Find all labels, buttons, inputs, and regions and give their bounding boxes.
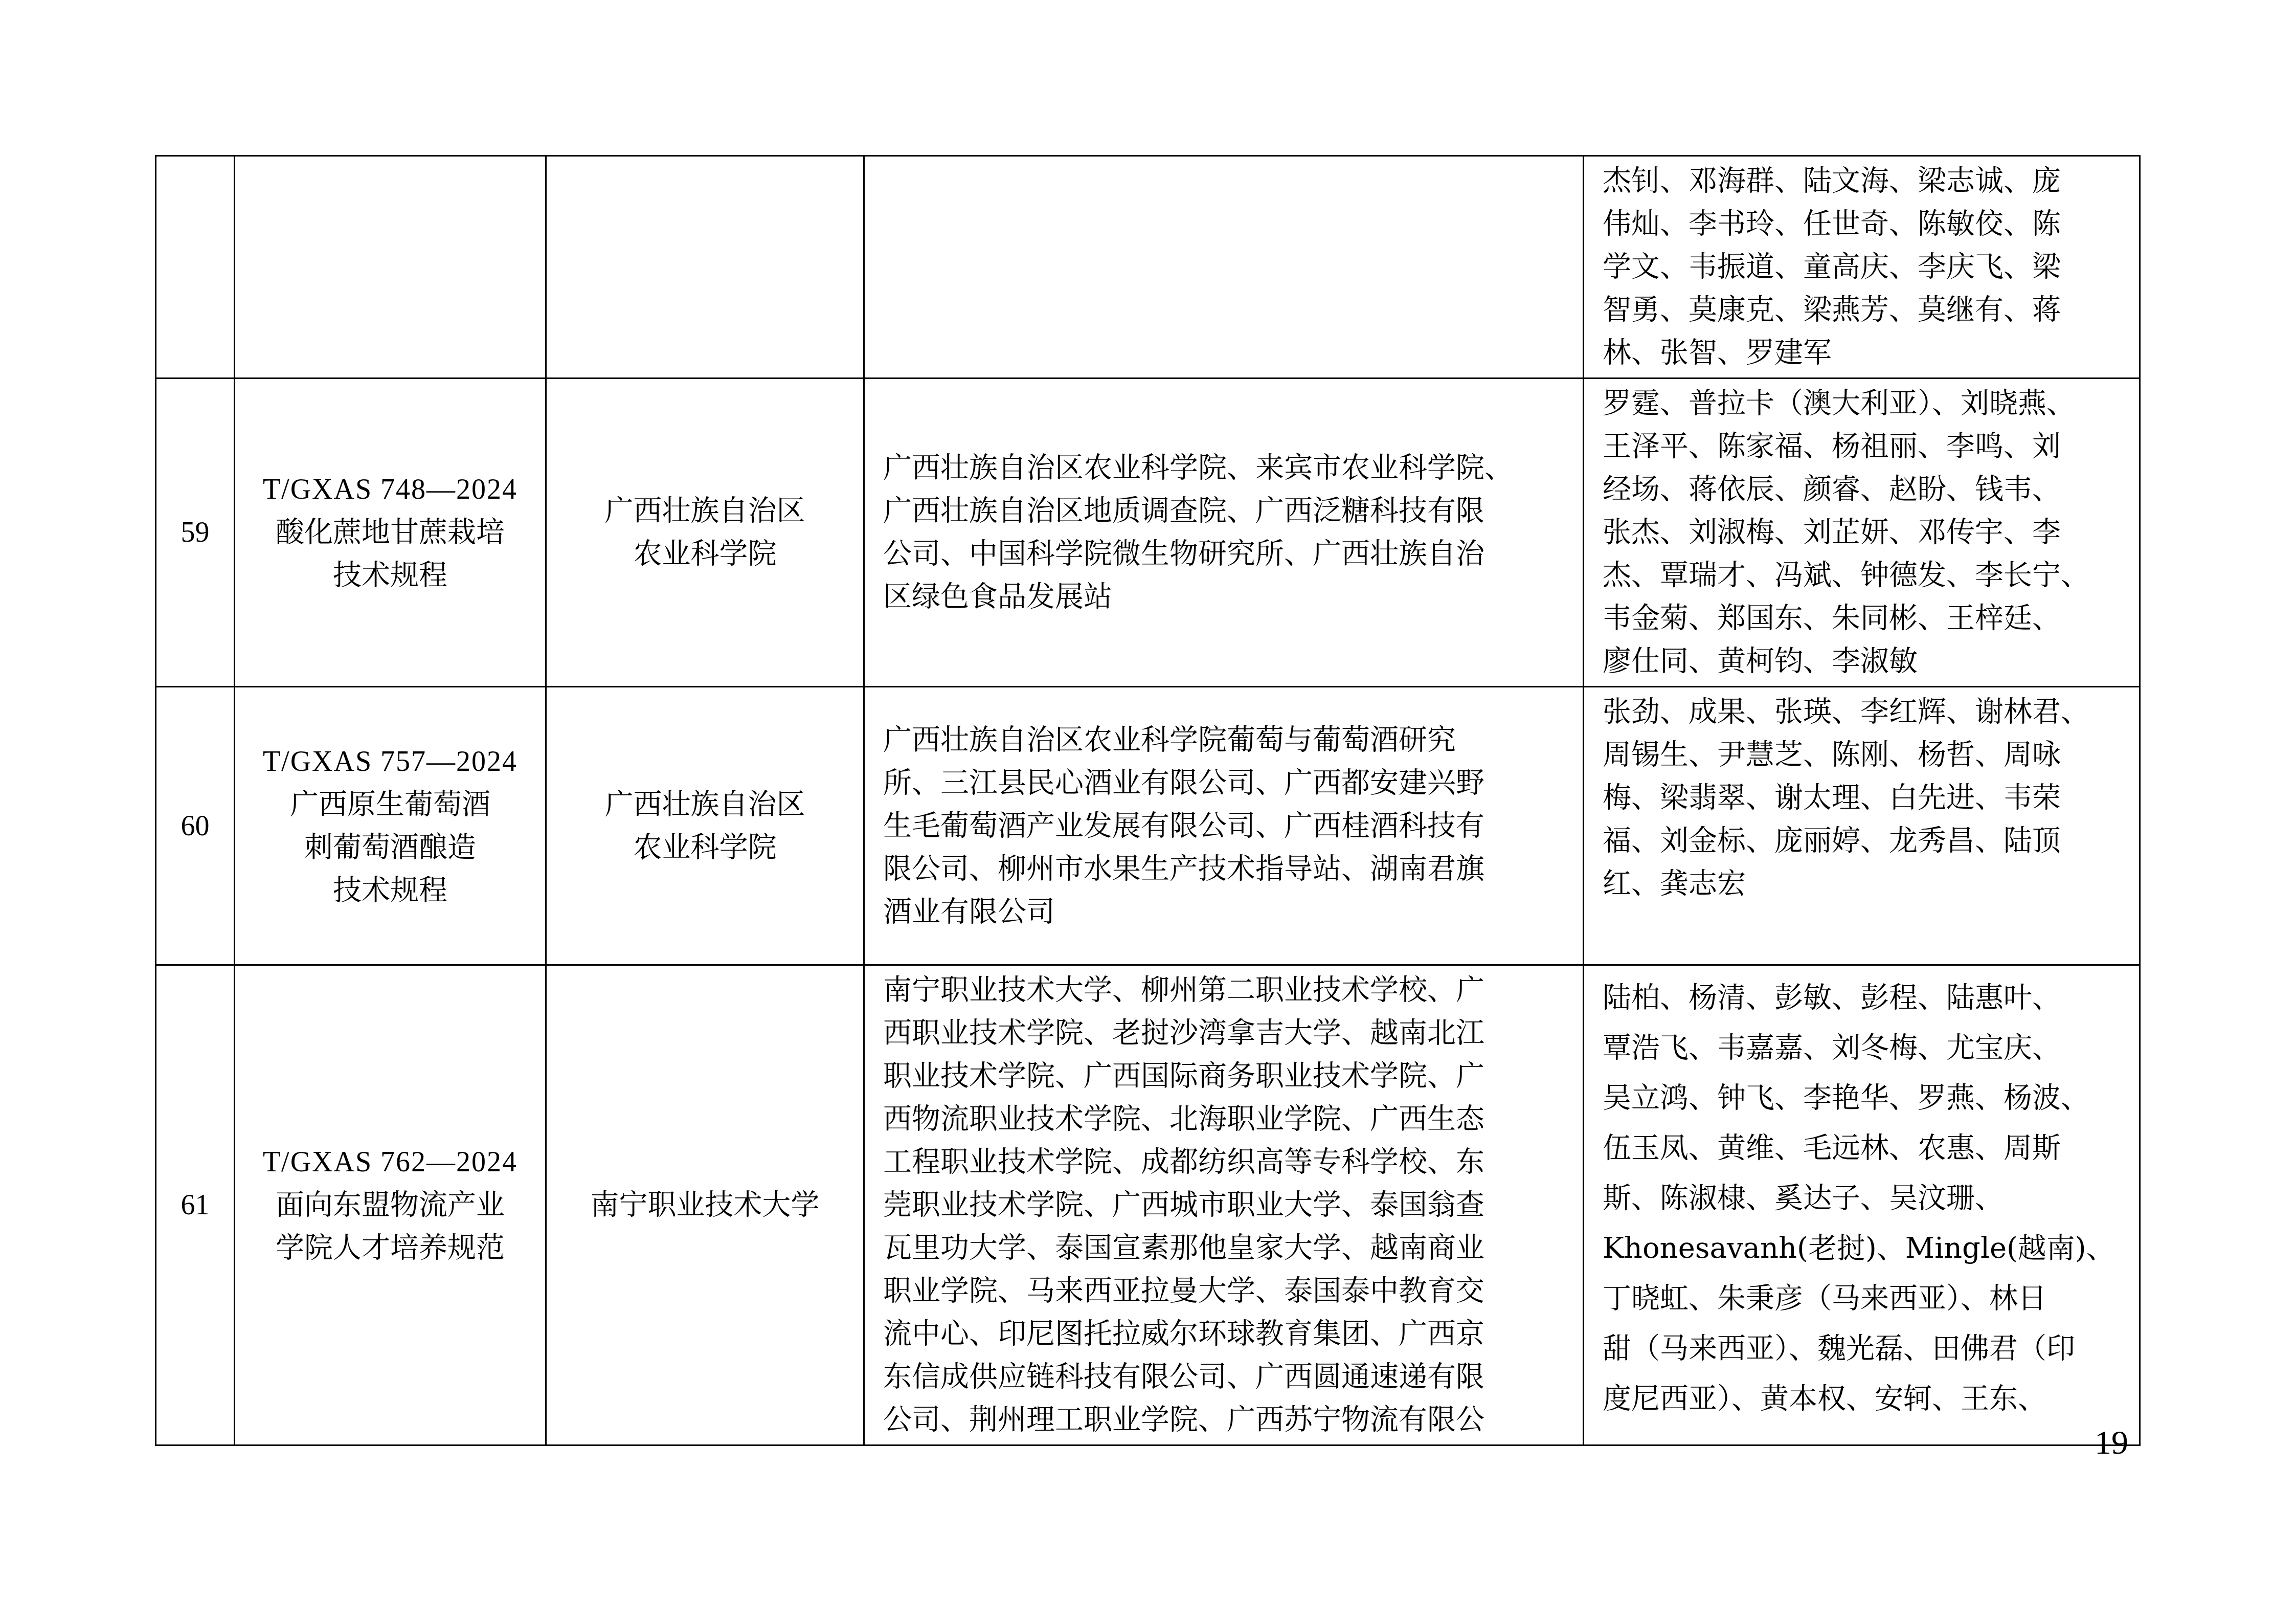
drafters-line: 林、张智、罗建军 [1603, 331, 2124, 374]
drafters-line: 张劲、成果、张瑛、李红辉、谢林君、 [1603, 691, 2124, 733]
lead-unit-line: 农业科学院 [562, 826, 848, 869]
drafters-line: 张杰、刘淑梅、刘芷妍、邓传宇、李 [1603, 511, 2124, 554]
drafters-cell: 张劲、成果、张瑛、李红辉、谢林君、 周锡生、尹慧芝、陈刚、杨哲、周咏 梅、梁翡翠… [1584, 687, 2140, 965]
page-number: 19 [2087, 1426, 2128, 1460]
drafters-line: 吴立鸿、钟飞、李艳华、罗燕、杨波、 [1603, 1073, 2124, 1123]
lead-unit-line: 广西壮族自治区 [562, 783, 848, 826]
table-row-continuation: 杰钊、邓海群、陆文海、梁志诚、庞 伟灿、李书玲、任世奇、陈敏佼、陈 学文、韦振道… [156, 156, 2140, 379]
drafters-line: 韦金菊、郑国东、朱同彬、王梓廷、 [1603, 597, 2124, 640]
standard-name-line: 学院人才培养规范 [245, 1227, 535, 1270]
participating-units-line: 所、三江县民心酒业有限公司、广西都安建兴野 [883, 762, 1567, 805]
drafters-line: 斯、陈淑棣、奚达子、吴汶珊、 [1603, 1173, 2124, 1223]
drafters-line: 罗霆、普拉卡（澳大利亚）、刘晓燕、 [1603, 382, 2124, 425]
drafters-line: 智勇、莫康克、梁燕芳、莫继有、蒋 [1603, 288, 2124, 331]
table-row-61: 61 T/GXAS 762—2024 面向东盟物流产业 学院人才培养规范 南宁职… [156, 965, 2140, 1445]
standard-code: T/GXAS 757—2024 [245, 740, 535, 783]
participating-units-line: 西职业技术学院、老挝沙湾拿吉大学、越南北江 [883, 1012, 1567, 1055]
participating-units-line: 南宁职业技术大学、柳州第二职业技术学校、广 [883, 969, 1567, 1012]
drafters-line: 廖仕同、黄柯钧、李淑敏 [1603, 640, 2124, 683]
drafters-line: 伍玉凤、黄维、毛远林、农惠、周斯 [1603, 1123, 2124, 1173]
row-number-cell: 59 [156, 379, 235, 687]
drafters-line: 经场、蒋依辰、颜睿、赵盼、钱韦、 [1603, 468, 2124, 511]
drafters-line: 丁晓虹、朱秉彦（马来西亚）、林日 [1603, 1274, 2124, 1324]
table-row-60: 60 T/GXAS 757—2024 广西原生葡萄酒 刺葡萄酒酿造 技术规程 广… [156, 687, 2140, 965]
lead-unit-cell: 广西壮族自治区 农业科学院 [546, 379, 864, 687]
standard-name-line: 酸化蔗地甘蔗栽培 [245, 511, 535, 554]
participating-units-line: 莞职业技术学院、广西城市职业大学、泰国翁查 [883, 1184, 1567, 1227]
standard-cell: T/GXAS 748—2024 酸化蔗地甘蔗栽培 技术规程 [235, 379, 546, 687]
standard-name-line: 刺葡萄酒酿造 [245, 826, 535, 869]
table-row-59: 59 T/GXAS 748—2024 酸化蔗地甘蔗栽培 技术规程 广西壮族自治区… [156, 379, 2140, 687]
participating-units-cell: 广西壮族自治区农业科学院、来宾市农业科学院、 广西壮族自治区地质调查院、广西泛糖… [864, 379, 1584, 687]
drafters-line: 甜（马来西亚）、魏光磊、田佛君（印 [1603, 1324, 2124, 1374]
lead-unit-cell: 广西壮族自治区 农业科学院 [546, 687, 864, 965]
drafters-cell: 罗霆、普拉卡（澳大利亚）、刘晓燕、 王泽平、陈家福、杨祖丽、李鸣、刘 经场、蒋依… [1584, 379, 2140, 687]
standard-cell: T/GXAS 757—2024 广西原生葡萄酒 刺葡萄酒酿造 技术规程 [235, 687, 546, 965]
standard-name-line: 面向东盟物流产业 [245, 1184, 535, 1227]
standard-code: T/GXAS 762—2024 [245, 1141, 535, 1184]
participating-units-line: 工程职业技术学院、成都纺织高等专科学校、东 [883, 1141, 1567, 1184]
drafters-cell: 杰钊、邓海群、陆文海、梁志诚、庞 伟灿、李书玲、任世奇、陈敏佼、陈 学文、韦振道… [1584, 156, 2140, 379]
drafters-line: 学文、韦振道、童高庆、李庆飞、梁 [1603, 246, 2124, 288]
drafters-line: 梅、梁翡翠、谢太理、白先进、韦荣 [1603, 776, 2124, 819]
drafters-line: 度尼西亚）、黄本权、安轲、王东、 [1603, 1374, 2124, 1424]
lead-unit-cell: 南宁职业技术大学 [546, 965, 864, 1445]
participating-units-cell [864, 156, 1584, 379]
lead-unit-line: 广西壮族自治区 [562, 490, 848, 532]
participating-units-line: 西物流职业技术学院、北海职业学院、广西生态 [883, 1098, 1567, 1141]
participating-units-line: 酒业有限公司 [883, 891, 1567, 933]
drafters-line: Khonesavanh(老挝)、Mingle(越南)、 [1603, 1223, 2124, 1274]
document-page: 杰钊、邓海群、陆文海、梁志诚、庞 伟灿、李书玲、任世奇、陈敏佼、陈 学文、韦振道… [0, 0, 2296, 1624]
drafters-line: 周锡生、尹慧芝、陈刚、杨哲、周咏 [1603, 733, 2124, 776]
row-number-cell: 61 [156, 965, 235, 1445]
participating-units-line: 东信成供应链科技有限公司、广西圆通速递有限 [883, 1355, 1567, 1398]
participating-units-line: 流中心、印尼图托拉威尔环球教育集团、广西京 [883, 1312, 1567, 1355]
participating-units-cell: 南宁职业技术大学、柳州第二职业技术学校、广 西职业技术学院、老挝沙湾拿吉大学、越… [864, 965, 1584, 1445]
drafters-line: 福、刘金标、庞丽婷、龙秀昌、陆顶 [1603, 819, 2124, 862]
participating-units-line: 区绿色食品发展站 [883, 575, 1567, 618]
drafters-line: 陆柏、杨清、彭敏、彭程、陆惠叶、 [1603, 973, 2124, 1023]
participating-units-line: 广西壮族自治区农业科学院、来宾市农业科学院、 [883, 447, 1567, 490]
drafters-cell: 陆柏、杨清、彭敏、彭程、陆惠叶、 覃浩飞、韦嘉嘉、刘冬梅、尤宝庆、 吴立鸿、钟飞… [1584, 965, 2140, 1445]
row-number-cell [156, 156, 235, 379]
standards-table: 杰钊、邓海群、陆文海、梁志诚、庞 伟灿、李书玲、任世奇、陈敏佼、陈 学文、韦振道… [155, 155, 2141, 1446]
participating-units-line: 职业学院、马来西亚拉曼大学、泰国泰中教育交 [883, 1270, 1567, 1312]
participating-units-line: 广西壮族自治区地质调查院、广西泛糖科技有限 [883, 490, 1567, 532]
participating-units-line: 公司、中国科学院微生物研究所、广西壮族自治 [883, 532, 1567, 575]
standard-name-line: 技术规程 [245, 554, 535, 597]
drafters-line: 杰钊、邓海群、陆文海、梁志诚、庞 [1603, 160, 2124, 203]
standard-cell [235, 156, 546, 379]
drafters-line: 覃浩飞、韦嘉嘉、刘冬梅、尤宝庆、 [1603, 1023, 2124, 1073]
standard-code: T/GXAS 748—2024 [245, 468, 535, 511]
drafters-line: 伟灿、李书玲、任世奇、陈敏佼、陈 [1603, 203, 2124, 246]
drafters-line: 王泽平、陈家福、杨祖丽、李鸣、刘 [1603, 425, 2124, 468]
drafters-line: 红、龚志宏 [1603, 862, 2124, 905]
standard-cell: T/GXAS 762—2024 面向东盟物流产业 学院人才培养规范 [235, 965, 546, 1445]
standard-name-line: 技术规程 [245, 869, 535, 912]
participating-units-line: 生毛葡萄酒产业发展有限公司、广西桂酒科技有 [883, 805, 1567, 848]
participating-units-line: 广西壮族自治区农业科学院葡萄与葡萄酒研究 [883, 719, 1567, 762]
participating-units-line: 公司、荆州理工职业学院、广西苏宁物流有限公 [883, 1398, 1567, 1441]
participating-units-line: 职业技术学院、广西国际商务职业技术学院、广 [883, 1055, 1567, 1098]
drafters-line: 杰、覃瑞才、冯斌、钟德发、李长宁、 [1603, 554, 2124, 597]
standard-name-line: 广西原生葡萄酒 [245, 783, 535, 826]
lead-unit-cell [546, 156, 864, 379]
participating-units-line: 瓦里功大学、泰国宣素那他皇家大学、越南商业 [883, 1227, 1567, 1270]
lead-unit-line: 农业科学院 [562, 532, 848, 575]
participating-units-cell: 广西壮族自治区农业科学院葡萄与葡萄酒研究 所、三江县民心酒业有限公司、广西都安建… [864, 687, 1584, 965]
row-number-cell: 60 [156, 687, 235, 965]
participating-units-line: 限公司、柳州市水果生产技术指导站、湖南君旗 [883, 848, 1567, 891]
lead-unit-line: 南宁职业技术大学 [562, 1184, 848, 1227]
